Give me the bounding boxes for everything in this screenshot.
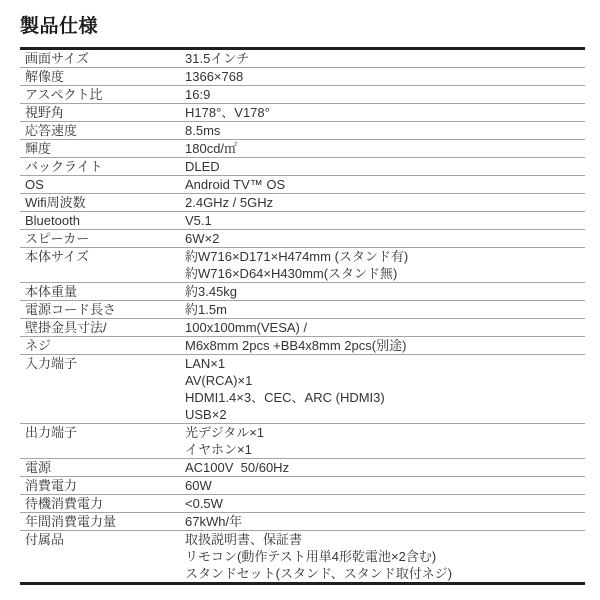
spec-label: 電源コード長さ xyxy=(20,301,185,318)
spec-value-line: イヤホン×1 xyxy=(185,441,585,458)
spec-table: 画面サイズ31.5インチ解像度1366×768アスペクト比16:9視野角H178… xyxy=(20,47,585,585)
spec-row: スピーカー6W×2 xyxy=(20,230,585,248)
spec-row: 待機消費電力<0.5W xyxy=(20,495,585,513)
spec-row: 年間消費電力量67kWh/年 xyxy=(20,513,585,531)
spec-row: 出力端子光デジタル×1イヤホン×1 xyxy=(20,424,585,459)
spec-row: 入力端子LAN×1AV(RCA)×1HDMI1.4×3、CEC、ARC (HDM… xyxy=(20,355,585,424)
spec-row: ネジM6x8mm 2pcs +BB4x8mm 2pcs(別途) xyxy=(20,337,585,355)
spec-label: 本体サイズ xyxy=(20,248,185,265)
spec-value-line: <0.5W xyxy=(185,495,585,512)
spec-row: アスペクト比16:9 xyxy=(20,86,585,104)
spec-label: 出力端子 xyxy=(20,424,185,441)
spec-value-line: 2.4GHz / 5GHz xyxy=(185,194,585,211)
spec-label: 待機消費電力 xyxy=(20,495,185,512)
spec-row: 応答速度8.5ms xyxy=(20,122,585,140)
spec-values: LAN×1AV(RCA)×1HDMI1.4×3、CEC、ARC (HDMI3)U… xyxy=(185,355,585,423)
spec-values: 16:9 xyxy=(185,86,585,103)
spec-values: 6W×2 xyxy=(185,230,585,247)
spec-value-line: LAN×1 xyxy=(185,355,585,372)
spec-value-line: 約W716×D64×H430mm(スタンド無) xyxy=(185,265,585,282)
spec-value-line: USB×2 xyxy=(185,406,585,423)
spec-value-line: 取扱説明書、保証書 xyxy=(185,531,585,548)
spec-value-line: 180cd/㎡ xyxy=(185,140,585,157)
spec-label: 消費電力 xyxy=(20,477,185,494)
spec-value-line: 16:9 xyxy=(185,86,585,103)
spec-label: 電源 xyxy=(20,459,185,476)
spec-row: BluetoothV5.1 xyxy=(20,212,585,230)
spec-value-line: DLED xyxy=(185,158,585,175)
spec-value-line: AV(RCA)×1 xyxy=(185,372,585,389)
spec-values: <0.5W xyxy=(185,495,585,512)
spec-value-line: 約W716×D171×H474mm (スタンド有) xyxy=(185,248,585,265)
spec-value-line: 67kWh/年 xyxy=(185,513,585,530)
spec-row: 画面サイズ31.5インチ xyxy=(20,50,585,68)
spec-value-line: M6x8mm 2pcs +BB4x8mm 2pcs(別途) xyxy=(185,337,585,354)
spec-value-line: 光デジタル×1 xyxy=(185,424,585,441)
spec-values: 180cd/㎡ xyxy=(185,140,585,157)
spec-value-line: H178°、V178° xyxy=(185,104,585,121)
spec-value-line: 60W xyxy=(185,477,585,494)
spec-row: 本体重量約3.45kg xyxy=(20,283,585,301)
spec-values: 67kWh/年 xyxy=(185,513,585,530)
spec-label: 壁掛金具寸法/ xyxy=(20,319,185,336)
spec-row: 壁掛金具寸法/100x100mm(VESA) / xyxy=(20,319,585,337)
spec-label: 本体重量 xyxy=(20,283,185,300)
spec-value-line: AC100V 50/60Hz xyxy=(185,459,585,476)
spec-value-line: 100x100mm(VESA) / xyxy=(185,319,585,336)
spec-values: 100x100mm(VESA) / xyxy=(185,319,585,336)
spec-values: V5.1 xyxy=(185,212,585,229)
spec-value-line: 31.5インチ xyxy=(185,50,585,67)
spec-row: Wifi周波数2.4GHz / 5GHz xyxy=(20,194,585,212)
page-title: 製品仕様 xyxy=(20,15,585,38)
spec-values: 8.5ms xyxy=(185,122,585,139)
spec-value-line: スタンドセット(スタンド、スタンド取付ネジ) xyxy=(185,565,585,582)
spec-value-line: HDMI1.4×3、CEC、ARC (HDMI3) xyxy=(185,389,585,406)
spec-row: 消費電力60W xyxy=(20,477,585,495)
spec-values: M6x8mm 2pcs +BB4x8mm 2pcs(別途) xyxy=(185,337,585,354)
spec-value-line: 1366×768 xyxy=(185,68,585,85)
spec-values: Android TV™ OS xyxy=(185,176,585,193)
spec-label: Bluetooth xyxy=(20,212,185,229)
spec-row: 電源コード長さ約1.5m xyxy=(20,301,585,319)
spec-label: 付属品 xyxy=(20,531,185,548)
spec-value-line: Android TV™ OS xyxy=(185,176,585,193)
spec-table-body: 画面サイズ31.5インチ解像度1366×768アスペクト比16:9視野角H178… xyxy=(20,50,585,582)
spec-label: 解像度 xyxy=(20,68,185,85)
spec-values: 1366×768 xyxy=(185,68,585,85)
spec-row: 視野角H178°、V178° xyxy=(20,104,585,122)
spec-label: バックライト xyxy=(20,158,185,175)
spec-label: OS xyxy=(20,176,185,193)
spec-row: 本体サイズ約W716×D171×H474mm (スタンド有)約W716×D64×… xyxy=(20,248,585,283)
spec-values: AC100V 50/60Hz xyxy=(185,459,585,476)
spec-values: 約3.45kg xyxy=(185,283,585,300)
spec-label: 画面サイズ xyxy=(20,50,185,67)
spec-values: DLED xyxy=(185,158,585,175)
spec-values: 約W716×D171×H474mm (スタンド有)約W716×D64×H430m… xyxy=(185,248,585,282)
spec-row: OSAndroid TV™ OS xyxy=(20,176,585,194)
spec-value-line: リモコン(動作テスト用単4形乾電池×2含む) xyxy=(185,548,585,565)
spec-label: Wifi周波数 xyxy=(20,194,185,211)
spec-value-line: V5.1 xyxy=(185,212,585,229)
spec-row: バックライトDLED xyxy=(20,158,585,176)
spec-value-line: 6W×2 xyxy=(185,230,585,247)
spec-label: スピーカー xyxy=(20,230,185,247)
spec-label: ネジ xyxy=(20,337,185,354)
spec-value-line: 約3.45kg xyxy=(185,283,585,300)
spec-label: 視野角 xyxy=(20,104,185,121)
spec-label: 年間消費電力量 xyxy=(20,513,185,530)
spec-values: 60W xyxy=(185,477,585,494)
spec-label: 輝度 xyxy=(20,140,185,157)
spec-row: 輝度180cd/㎡ xyxy=(20,140,585,158)
spec-values: H178°、V178° xyxy=(185,104,585,121)
spec-values: 2.4GHz / 5GHz xyxy=(185,194,585,211)
spec-values: 光デジタル×1イヤホン×1 xyxy=(185,424,585,458)
spec-value-line: 約1.5m xyxy=(185,301,585,318)
spec-row: 解像度1366×768 xyxy=(20,68,585,86)
spec-values: 取扱説明書、保証書リモコン(動作テスト用単4形乾電池×2含む)スタンドセット(ス… xyxy=(185,531,585,582)
spec-row: 付属品取扱説明書、保証書リモコン(動作テスト用単4形乾電池×2含む)スタンドセッ… xyxy=(20,531,585,582)
spec-label: 入力端子 xyxy=(20,355,185,372)
spec-values: 約1.5m xyxy=(185,301,585,318)
spec-row: 電源AC100V 50/60Hz xyxy=(20,459,585,477)
spec-value-line: 8.5ms xyxy=(185,122,585,139)
spec-label: 応答速度 xyxy=(20,122,185,139)
spec-label: アスペクト比 xyxy=(20,86,185,103)
spec-values: 31.5インチ xyxy=(185,50,585,67)
spec-sheet: 製品仕様 画面サイズ31.5インチ解像度1366×768アスペクト比16:9視野… xyxy=(0,0,600,600)
